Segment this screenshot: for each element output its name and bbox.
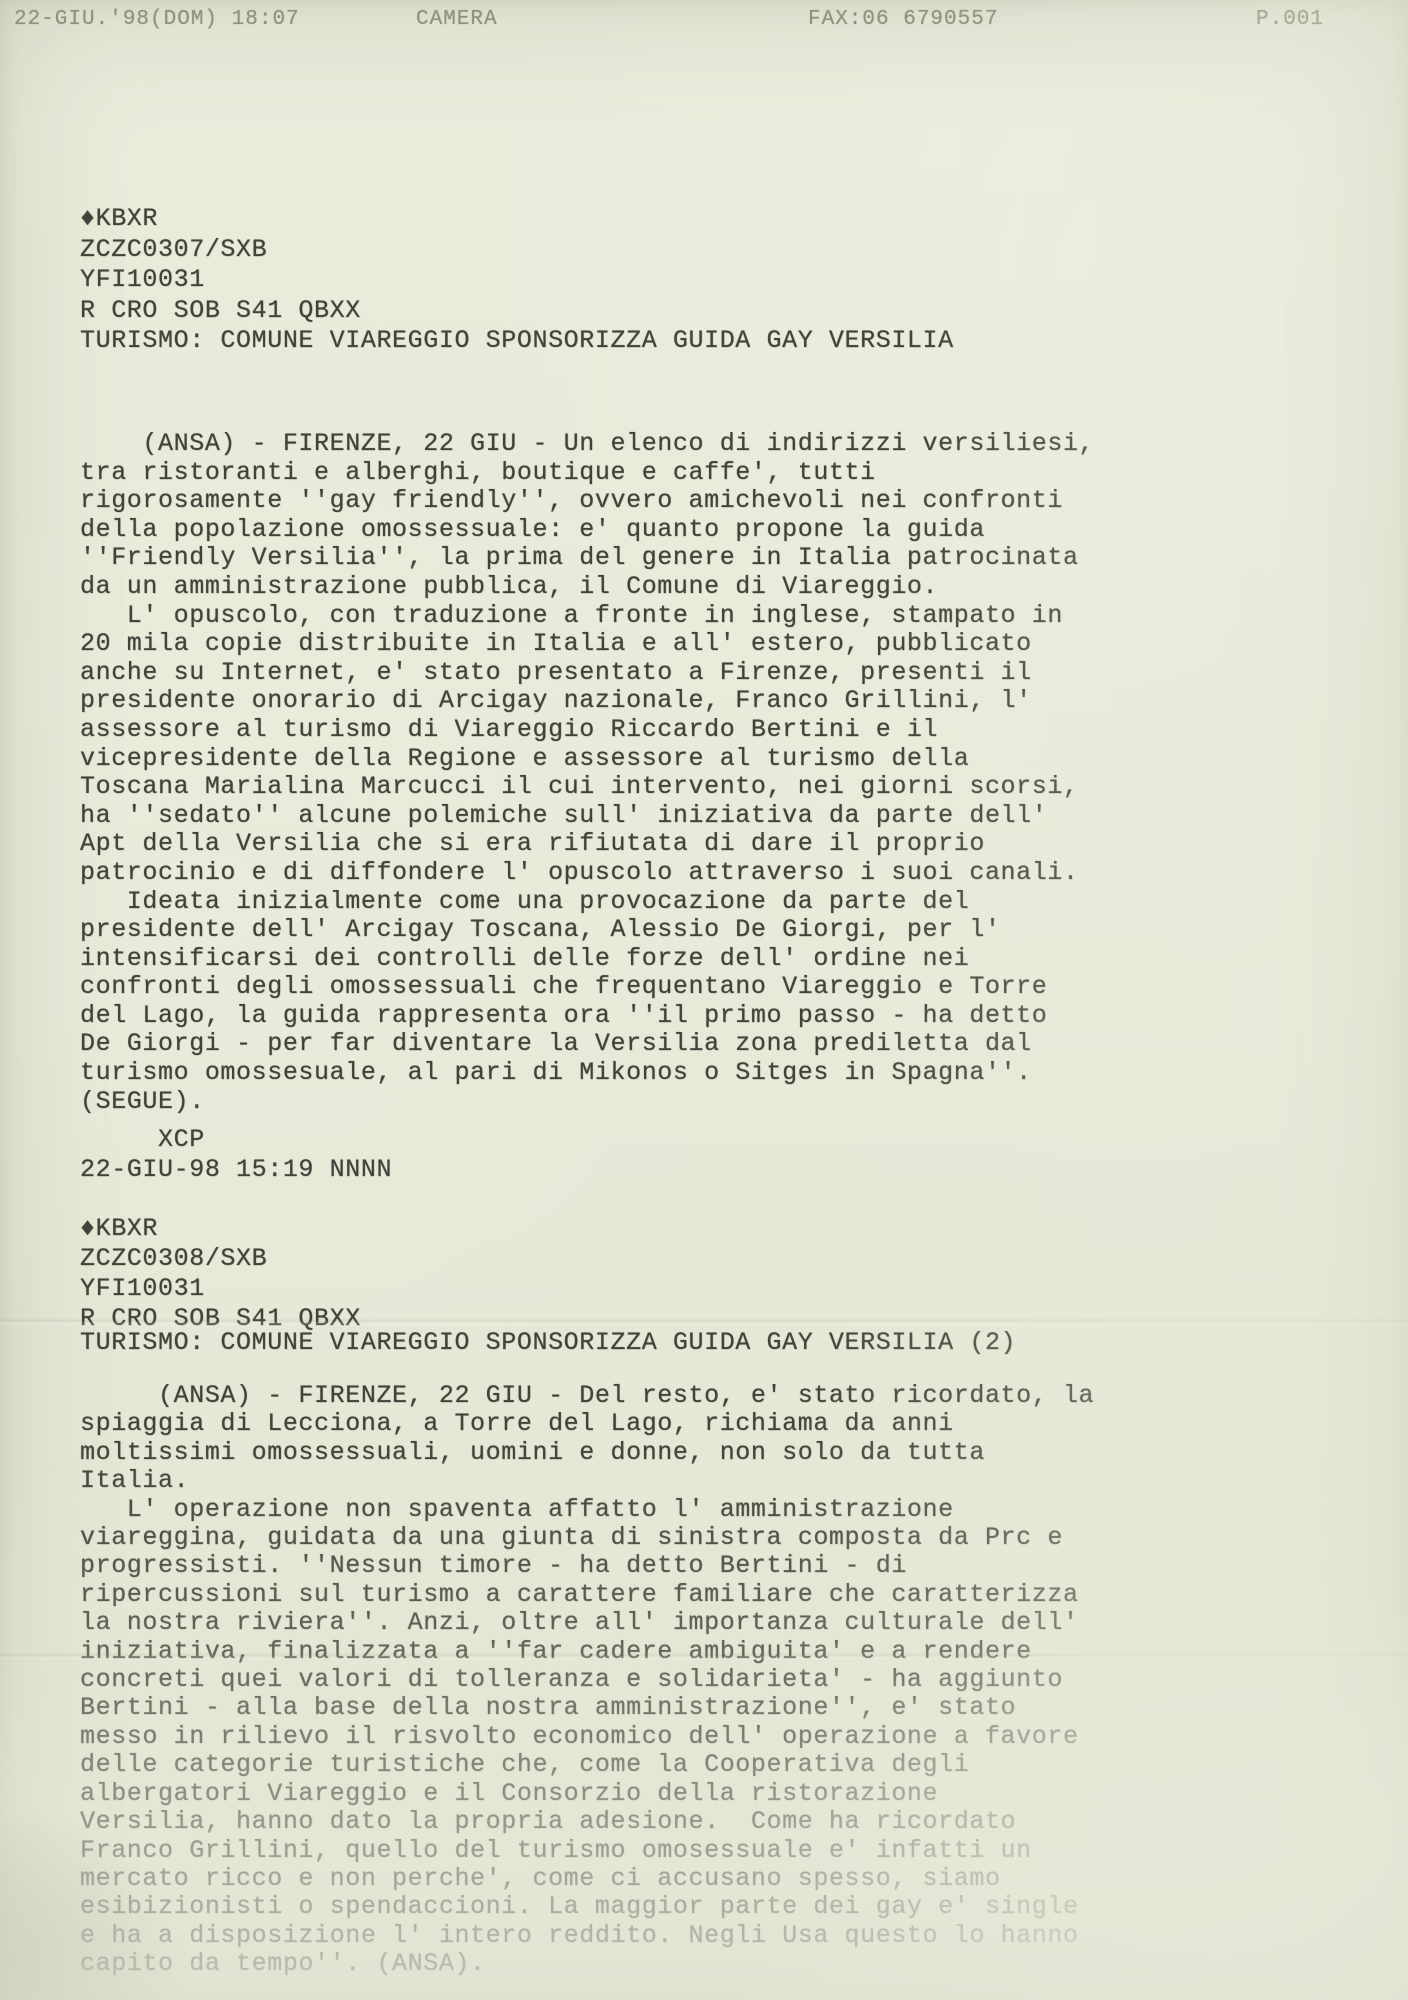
fax-transmission-header: 22-GIU.'98(DOM) 18:07 CAMERA FAX:06 6790… <box>0 8 1408 38</box>
wire-service-sign-off: XCP 22-GIU-98 15:19 NNNN <box>80 1125 392 1185</box>
fax-page: 22-GIU.'98(DOM) 18:07 CAMERA FAX:06 6790… <box>0 0 1408 2000</box>
fax-datetime: 22-GIU.'98(DOM) 18:07 <box>14 8 300 31</box>
message2-headline: TURISMO: COMUNE VIAREGGIO SPONSORIZZA GU… <box>80 1328 1016 1358</box>
message1-headline: TURISMO: COMUNE VIAREGGIO SPONSORIZZA GU… <box>80 326 954 357</box>
message1-routing-codes: ♦KBXR ZCZC0307/SXB YFI10031 R CRO SOB S4… <box>80 204 361 326</box>
message1-body: (ANSA) - FIRENZE, 22 GIU - Un elenco di … <box>80 430 1094 1116</box>
message2-routing-codes: ♦KBXR ZCZC0308/SXB YFI10031 R CRO SOB S4… <box>80 1214 361 1334</box>
fax-page-number: P.001 <box>1256 8 1324 31</box>
fax-number: FAX:06 6790557 <box>808 8 998 31</box>
message2-body: (ANSA) - FIRENZE, 22 GIU - Del resto, e'… <box>80 1382 1094 1979</box>
fax-sender-id: CAMERA <box>416 8 498 31</box>
